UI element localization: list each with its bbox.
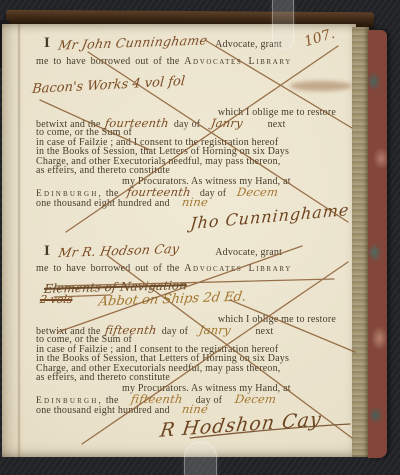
entry1-book-title: Bacon's Works 4 vol fol [32, 72, 186, 98]
printed-thousand: one thousand eight hundred and [36, 198, 170, 209]
page-weight-top [272, 0, 294, 50]
sign-year: nine [182, 404, 210, 414]
entry2-line-borrowed: me to have borrowed out of the Advocates… [36, 264, 292, 274]
due-month: Janry [198, 325, 231, 335]
borrower-name: Mr R. Hodson Cay [57, 244, 179, 258]
printed-next: next [255, 326, 273, 337]
book-fore-edge [352, 27, 369, 457]
printed-advocate-grant: Advocate, grant [215, 247, 282, 258]
register-page: 107. I Mr John Cunninghame Advocate, gra… [2, 24, 356, 457]
borrower-name: Mr John Cunninghame [57, 35, 207, 50]
book-title-text: Bacon's Works 4 vol fol [31, 74, 185, 97]
printed-capital-i: I [44, 243, 50, 259]
entry1-line-opening: I Mr John Cunninghame Advocate, grant [44, 38, 282, 50]
printed-capital-i: I [44, 35, 50, 51]
page-weight-bottom [184, 442, 217, 475]
printed-next: next [268, 119, 286, 130]
page-crease [17, 24, 21, 457]
entry2-line-opening: I Mr R. Hodson Cay Advocate, grant [44, 246, 282, 258]
sign-month: Decem [234, 394, 277, 404]
entry1-line-effeirs: as effeirs, and thereto constitute [36, 166, 170, 176]
sign-year: nine [182, 197, 210, 207]
printed-thousand: one thousand eight hundred and [36, 405, 170, 416]
sign-month: Decem [236, 187, 279, 197]
book-title-text: Abbot on Ships 2d Ed. [97, 289, 247, 309]
printed-borrowed: me to have borrowed out of the [36, 263, 180, 274]
due-month: Janry [210, 118, 243, 128]
printed-advocates-library: Advocates Library [184, 263, 292, 274]
book-photograph: 107. I Mr John Cunninghame Advocate, gra… [0, 0, 400, 475]
entry2-line-year: one thousand eight hundred and nine [36, 404, 209, 416]
ink-smudge [290, 81, 352, 91]
entry2-line-oblige: which I oblige me to restore [218, 315, 336, 325]
printed-day-of: day of [174, 119, 200, 130]
entry2-book-title-line2: 2 vols Abbot on Ships 2d Ed. [40, 290, 245, 308]
borrower-signature: Jho Cunninghame [189, 200, 350, 233]
sign-day: fifteenth [131, 394, 184, 404]
entry1-line-year: one thousand eight hundred and nine [36, 197, 209, 209]
printed-advocates-library: Advocates Library [184, 56, 292, 67]
entry1-line-borrowed: me to have borrowed out of the Advocates… [36, 57, 292, 67]
marbled-board-edge [368, 30, 387, 458]
page-number: 107. [302, 26, 336, 50]
printed-borrowed: me to have borrowed out of the [36, 56, 180, 67]
printed-day-of: day of [162, 326, 188, 337]
entry2-line-effeirs: as effeirs, and thereto constitute [36, 373, 170, 383]
book-volumes-struck-text: 2 vols [39, 293, 73, 306]
